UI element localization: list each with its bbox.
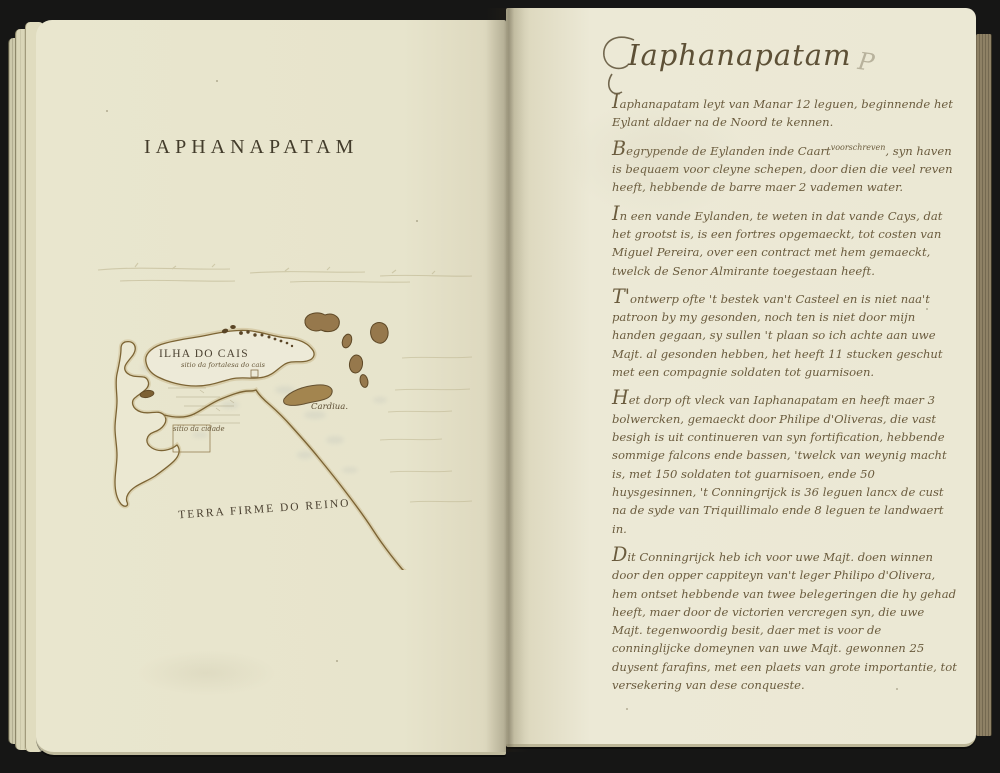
map-title: IAPHANAPATAM xyxy=(144,136,358,159)
diagonal-coast-wash xyxy=(164,390,414,570)
paragraph: Dit Conningrijck heb ich voor uwe Majt. … xyxy=(612,547,958,695)
left-page: IAPHANAPATAM xyxy=(36,20,506,755)
manuscript-title-text: Iaphanapatam xyxy=(628,38,852,72)
paragraph: Iaphanapatam leyt van Manar 12 leguen, b… xyxy=(612,94,958,132)
mainland-label: TERRA FIRME DO REINO xyxy=(178,497,351,521)
jaffna-map: ILHA DO CAIS sitio da fortalesa do cais … xyxy=(80,240,480,570)
foxing-speck xyxy=(626,708,628,710)
paragraph-text: Begrypende de Eylanden inde Caart xyxy=(612,144,831,158)
fore-edge xyxy=(976,34,992,736)
foxing-speck xyxy=(336,660,338,662)
foxing-speck xyxy=(416,220,418,222)
city-site-label: sitio da cidade xyxy=(173,425,225,433)
island-label: ILHA DO CAIS xyxy=(159,348,249,360)
folio-mark: P xyxy=(856,47,876,77)
fort-site-label: sitio da fortalesa do cais xyxy=(181,361,266,369)
paper-stain xyxy=(136,650,276,696)
manuscript-title: Iaphanapatam xyxy=(628,38,852,72)
foxing-speck xyxy=(106,110,108,112)
paragraph: In een vande Eylanden, te weten in dat v… xyxy=(612,206,958,280)
cardiua-label: Cardiua. xyxy=(311,402,348,412)
manuscript-text: Iaphanapatam leyt van Manar 12 leguen, b… xyxy=(612,94,958,703)
foxing-speck xyxy=(216,80,218,82)
paragraph: Het dorp oft vleck van Iaphanapatam en h… xyxy=(612,390,958,538)
paragraph: T'ontwerp ofte 't bestek van't Casteel e… xyxy=(612,289,958,382)
sea-ripple-strokes xyxy=(380,357,472,502)
right-page: Iaphanapatam P Iaphanapatam leyt van Man… xyxy=(506,8,976,747)
interlinear-insert: voorschreven xyxy=(831,143,886,152)
book-scan: IAPHANAPATAM xyxy=(0,0,1000,773)
sea-horizon-strokes xyxy=(98,263,472,282)
diagonal-coast xyxy=(164,390,414,570)
paragraph: Begrypende de Eylanden inde Caartvoorsch… xyxy=(612,141,958,197)
cardiua-islet-group xyxy=(305,313,388,388)
